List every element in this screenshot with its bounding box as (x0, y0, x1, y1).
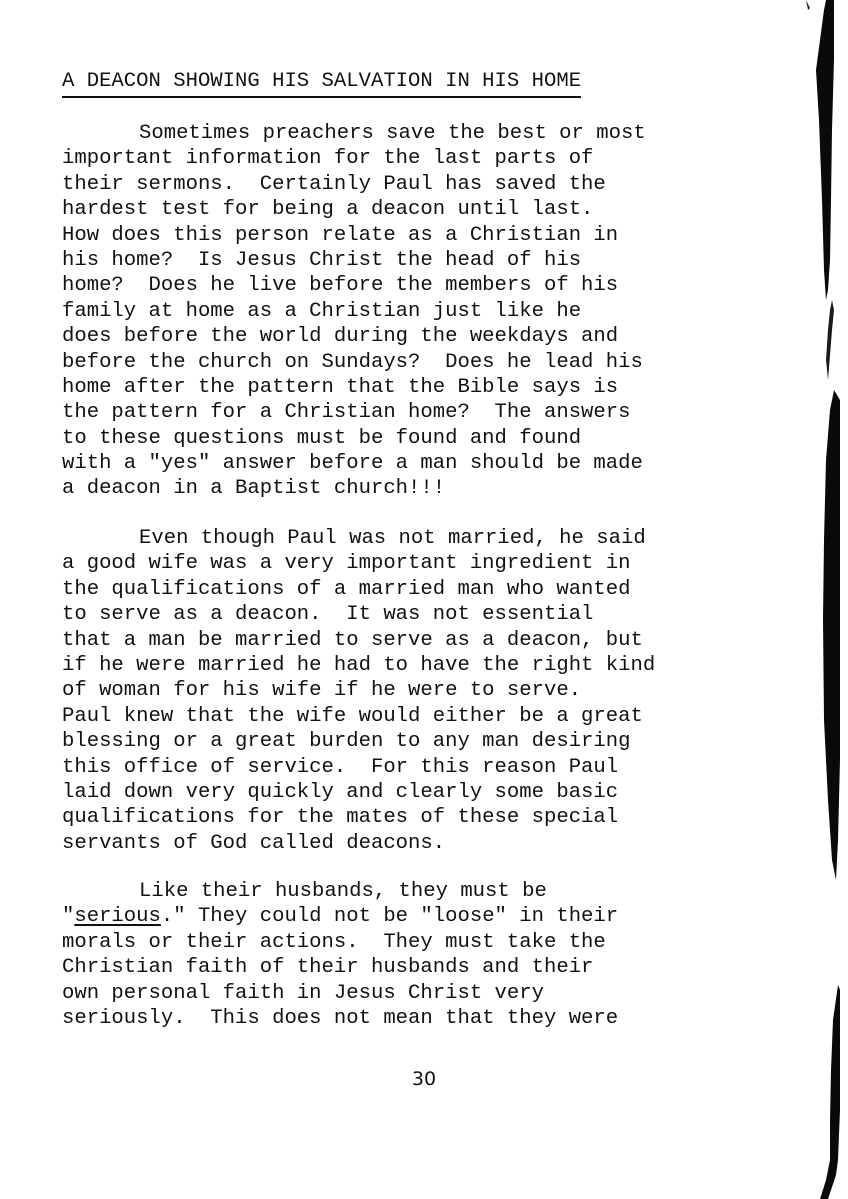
text-line: qualifications for the mates of these sp… (62, 805, 822, 830)
text-line: that a man be married to serve as a deac… (62, 628, 822, 653)
text-line: their sermons. Certainly Paul has saved … (62, 172, 822, 197)
text-line: before the church on Sundays? Does he le… (62, 350, 822, 375)
text-line: morals or their actions. They must take … (62, 930, 822, 955)
text-line: home? Does he live before the members of… (62, 273, 822, 298)
text-line: Christian faith of their husbands and th… (62, 955, 822, 980)
text-line: to these questions must be found and fou… (62, 426, 822, 451)
text-line: "serious." They could not be "loose" in … (62, 904, 822, 929)
paragraph-2: Even though Paul was not married, he sai… (62, 526, 822, 856)
text-line: to serve as a deacon. It was not essenti… (62, 602, 822, 627)
text-line: home after the pattern that the Bible sa… (62, 375, 822, 400)
text-line: How does this person relate as a Christi… (62, 223, 822, 248)
paragraph-3: Like their husbands, they must be "serio… (62, 879, 822, 1031)
paragraph-1: Sometimes preachers save the best or mos… (62, 121, 822, 502)
text-line: servants of God called deacons. (62, 831, 822, 856)
text-line: if he were married he had to have the ri… (62, 653, 822, 678)
text-line: Even though Paul was not married, he sai… (62, 526, 822, 551)
underlined-word-serious: serious (74, 905, 161, 928)
text-line: the pattern for a Christian home? The an… (62, 400, 822, 425)
text-line: family at home as a Christian just like … (62, 299, 822, 324)
text-line: Like their husbands, they must be (62, 879, 822, 904)
text-line: blessing or a great burden to any man de… (62, 729, 822, 754)
text-line: hardest test for being a deacon until la… (62, 197, 822, 222)
open-quote: " (62, 905, 74, 928)
text-line: his home? Is Jesus Christ the head of hi… (62, 248, 822, 273)
text-line: own personal faith in Jesus Christ very (62, 981, 822, 1006)
scanned-page: A DEACON SHOWING HIS SALVATION IN HIS HO… (0, 0, 848, 1199)
text-line: Sometimes preachers save the best or mos… (62, 121, 822, 146)
section-heading: A DEACON SHOWING HIS SALVATION IN HIS HO… (62, 70, 581, 98)
text-line: a deacon in a Baptist church!!! (62, 476, 822, 501)
text-line: Paul knew that the wife would either be … (62, 704, 822, 729)
text-line: seriously. This does not mean that they … (62, 1006, 822, 1031)
text-line: the qualifications of a married man who … (62, 577, 822, 602)
text-line: of woman for his wife if he were to serv… (62, 678, 822, 703)
page-number: 30 (0, 1068, 848, 1090)
text-line: with a "yes" answer before a man should … (62, 451, 822, 476)
text-line: a good wife was a very important ingredi… (62, 551, 822, 576)
text-line: important information for the last parts… (62, 146, 822, 171)
text-line: does before the world during the weekday… (62, 324, 822, 349)
text-line: this office of service. For this reason … (62, 755, 822, 780)
line-remainder: ." They could not be "loose" in their (161, 905, 618, 928)
text-line: laid down very quickly and clearly some … (62, 780, 822, 805)
